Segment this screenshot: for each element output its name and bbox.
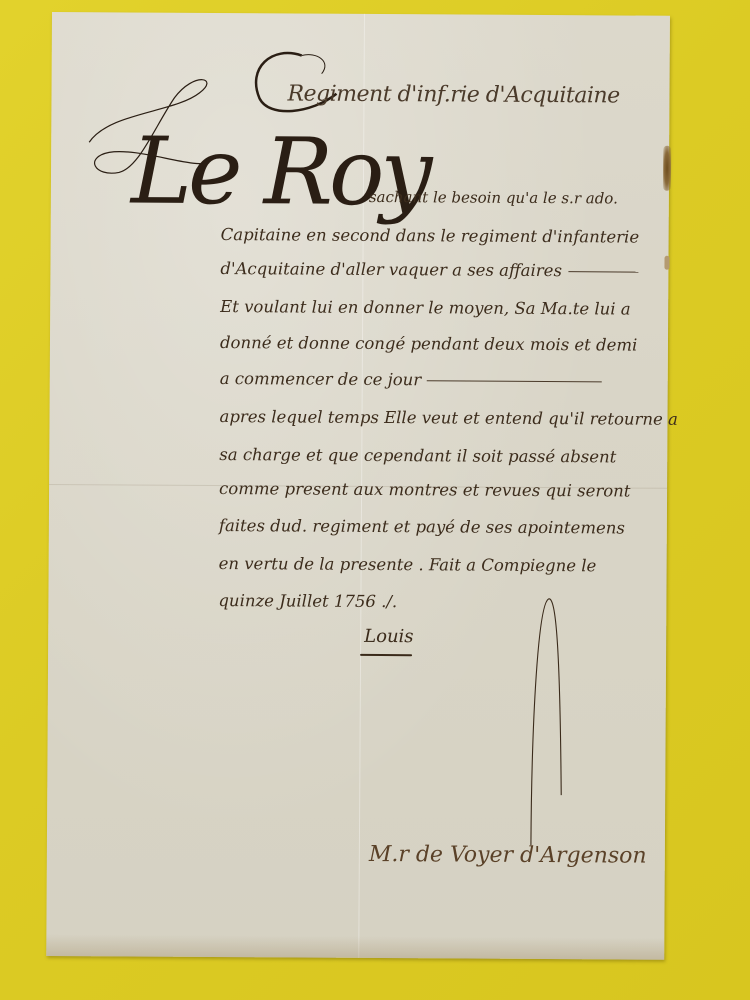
- body-line-8: sa charge et que cependant il soit passé…: [219, 445, 616, 466]
- body-line-12-date: quinze Juillet 1756 ./.: [218, 591, 397, 611]
- regiment-heading: Regiment d'inf.rie d'Acquitaine: [287, 81, 619, 108]
- signature-paraph-stroke-icon: [529, 595, 565, 847]
- bottom-edge-discoloration: [46, 934, 664, 960]
- body-line-1: sachant le besoin qu'a le s.r ado.: [369, 188, 618, 208]
- signature-underline: [360, 654, 412, 656]
- body-line-3: d'Acquitaine d'aller vaquer a ses affair…: [220, 259, 638, 281]
- edge-stain: [663, 146, 671, 191]
- body-line-3-text: d'Acquitaine d'aller vaquer a ses affair…: [220, 259, 562, 280]
- line-filler-dash: [427, 380, 602, 383]
- le-roy-opening: Le Roy: [131, 117, 429, 226]
- signature-louis: Louis: [364, 626, 414, 647]
- body-line-2: Capitaine en second dans le regiment d'i…: [221, 225, 640, 247]
- body-line-9: comme present aux montres et revues qui …: [219, 479, 630, 501]
- line-filler-dash: [568, 271, 638, 273]
- body-line-10: faites dud. regiment et payé de ses apoi…: [219, 516, 625, 537]
- body-line-5: donné et donne congé pendant deux mois e…: [220, 333, 637, 355]
- body-line-7: apres lequel temps Elle veut et entend q…: [219, 407, 677, 429]
- body-line-11: en vertu de la presente . Fait a Compieg…: [219, 554, 597, 575]
- body-line-6: a commencer de ce jour: [220, 369, 603, 390]
- body-line-4: Et voulant lui en donner le moyen, Sa Ma…: [220, 297, 631, 319]
- edge-stain-small: [664, 256, 669, 270]
- manuscript-page: Regiment d'inf.rie d'Acquitaine Le Roy s…: [46, 12, 670, 960]
- body-line-6-text: a commencer de ce jour: [220, 369, 422, 389]
- signature-argenson: M.r de Voyer d'Argenson: [369, 842, 647, 869]
